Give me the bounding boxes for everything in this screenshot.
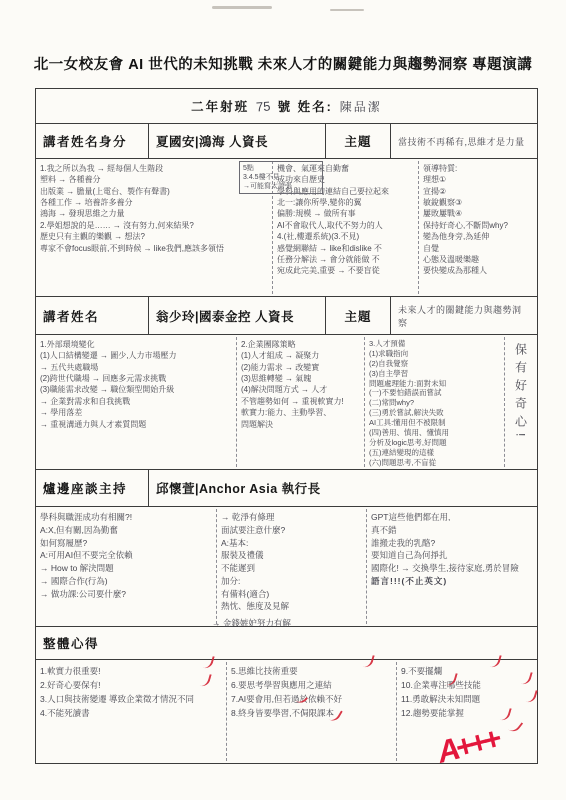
note-line: 敏銳觀察③ [423, 197, 533, 208]
note-line: 理想① [423, 174, 533, 185]
seat-number-handwritten: 75 [256, 98, 271, 114]
notes3-row: 學科與職涯成功有相關?!A:X,但有關,因為勤奮如何寫履歷?A:可用AI但不要完… [36, 506, 537, 626]
footnote-annotation: → 金錢嫉妒努力有解 [212, 617, 291, 629]
notes1-boxed-annotation: 5點3.4.5樓不見→可能寫太誇張 [239, 161, 323, 194]
notes3-column-3: GPT這些他們都在用,真不錯誰搬走我的乳酪?要知道自己為何掙扎國際化! → 交換… [366, 509, 537, 624]
note-line: 1.軟實力很重要! [40, 664, 222, 678]
note-line: 鴻海 → 發現思維之力量 [40, 208, 268, 219]
worksheet-table: 二年射班 75 號 姓名: 陳品潔 講者姓名身分 夏國安|鴻海 人資長 主題 當… [35, 88, 538, 764]
note-line: → 國際合作(行為) [40, 575, 212, 588]
language-emphasis-note: 語言!!!(不止英文) [371, 575, 533, 588]
note-line: (2)能力需求 → 改變實 [241, 362, 360, 373]
note-line: 誰搬走我的乳酪? [371, 537, 533, 550]
note-line: 真不錯 [371, 524, 533, 537]
note-line: 3.4.5樓不見 [243, 173, 319, 182]
note-line: AI工具:懂用但不被限制 [369, 418, 500, 428]
notes2-column-3: 3.人才預備(1)求職指向(2)自我覺察(3)自主學習問題處理能力:面對未知(一… [364, 337, 504, 467]
note-line: (2)跨世代職場 → 回應多元需求挑戰 [40, 373, 232, 384]
note-line: 不能遲到 [221, 562, 362, 575]
note-line: 如何寫履歷? [40, 537, 212, 550]
note-line: 3.人才預備 [369, 339, 500, 349]
note-line: 屢敗屢戰④ [423, 208, 533, 219]
note-line: 心態及溫暖樂趣 [423, 254, 533, 265]
host-row: 爐邊座談主持 邱懷萱|Anchor Asia 執行長 [36, 469, 537, 506]
note-line: 熱忱、態度及見解 [221, 600, 362, 613]
host-name: 邱懷萱|Anchor Asia 執行長 [149, 470, 537, 506]
summary-column-1: 1.軟實力很重要!2.好奇心要保有!3.人口與技術變遷 導致企業徵才情況不同4.… [36, 662, 226, 761]
speaker2-role-label: 講者姓名 [36, 297, 149, 334]
notes3-column-3-lines: GPT這些他們都在用,真不錯誰搬走我的乳酪?要知道自己為何掙扎國際化! → 交換… [371, 511, 533, 575]
note-line: 各種工作 → 培養許多養分 [40, 197, 268, 208]
summary-label: 整體心得 [36, 627, 106, 659]
speaker1-role-label: 講者姓名身分 [36, 124, 149, 158]
note-line: 7.AI要會用,但若過於依賴不好 [231, 692, 392, 706]
note-line: AI不會取代人,取代不努力的人 [277, 220, 414, 231]
note-line: (1)人才組成 → 凝聚力 [241, 350, 360, 361]
note-line: (二)常問why? [369, 398, 500, 408]
notes2-side-column: 保有好奇心! [504, 337, 537, 467]
speaker1-row: 講者姓名身分 夏國安|鴻海 人資長 主題 當技術不再稀有,思維才是力量 [36, 123, 537, 158]
speaker1-topic-label: 主題 [326, 124, 391, 158]
note-line: 不管趨勢如何 → 重視軟實力! [241, 396, 360, 407]
summary-label-row: 整體心得 [36, 626, 537, 659]
note-line: 加分: [221, 575, 362, 588]
note-line: 感覺網聯結 → like和dislike 不 [277, 243, 414, 254]
note-line: (四)善用、慎用、懂慎用 [369, 428, 500, 438]
note-line: → 乾淨有條理 [221, 511, 362, 524]
scanned-lecture-worksheet: { "title": "北一女校友會 AI 世代的未知挑戰 未來人才的關鍵能力與… [0, 0, 566, 800]
notes1-row: 1.我之所以為我 → 經每個人生階段塑料 → 各種養分出版業 → 膽量(上電台、… [36, 158, 537, 296]
note-line: 10.企業專注哪些技能 [401, 678, 533, 692]
summary-column-2: 5.思維比技術重要6.要思考學習與應用之連結7.AI要會用,但若過於依賴不好8.… [226, 662, 396, 761]
note-line: 3.人口與技術變遷 導致企業徵才情況不同 [40, 692, 222, 706]
note-line: 歷史只有主觀的樂觀 → 想法? [40, 231, 268, 242]
note-line: A:可用AI但不要完全依賴 [40, 549, 212, 562]
note-line: (五)連結變現的這樣 [369, 448, 500, 458]
note-line: 1.外部環境變化 [40, 339, 232, 350]
note-line: 8.終身皆要學習,不侷限課本 [231, 706, 392, 720]
notes2-row: 1.外部環境變化(1)人口結構變遷 → 圖少,人力市場壓力→ 五代共處職場(2)… [36, 334, 537, 469]
name-label: 號 姓名: [278, 97, 333, 115]
note-line: 保持好奇心,不斷問why? [423, 220, 533, 231]
note-line: 出版業 → 膽量(上電台、製作有聲書) [40, 186, 268, 197]
notes3-column-1: 學科與職涯成功有相關?!A:X,但有關,因為勤奮如何寫履歷?A:可用AI但不要完… [36, 509, 216, 624]
note-line: 塑料 → 各種養分 [40, 174, 268, 185]
speaker2-topic-handwritten: 未來人才的關鍵能力與趨勢洞察 [391, 297, 537, 334]
note-line: (4)解決問題方式 → 人才 [241, 384, 360, 395]
vertical-margin-note: 保有好奇心! [513, 343, 530, 442]
note-line: 軟實力:能力、主動學習、 [241, 407, 360, 418]
note-line: 9.不要擺爛 [401, 664, 533, 678]
notes1-cell: 1.我之所以為我 → 經每個人生階段塑料 → 各種養分出版業 → 膽量(上電台、… [36, 159, 537, 296]
note-line: 6.要思考學習與應用之連結 [231, 678, 392, 692]
note-line: (3)職能需求改變 → 職位類型開始升級 [40, 384, 232, 395]
note-line: 自覺 [423, 243, 533, 254]
note-line: → How to 解決問題 [40, 562, 212, 575]
notes3-column-2: → 乾淨有條理面試要注意什麼?A:基本:服裝及禮儀不能遲到加分:有備料(適合)熱… [216, 509, 366, 624]
note-line: →可能寫太誇張 [243, 182, 319, 191]
note-line: (3)思維轉變 → 氣魄 [241, 373, 360, 384]
note-line: 宣揚② [423, 186, 533, 197]
note-line: 國際化! → 交換學生,接待家庭,勇於冒險 [371, 562, 533, 575]
scan-artifact [330, 9, 364, 11]
note-line: 4.不能死讀書 [40, 706, 222, 720]
note-line: (三)勇於嘗試,解決失敗 [369, 408, 500, 418]
note-line: → 五代共處職場 [40, 362, 232, 373]
note-line: 面試要注意什麼? [221, 524, 362, 537]
note-line: 有備料(適合) [221, 588, 362, 601]
note-line: 問題處理能力:面對未知 [369, 379, 500, 389]
note-line: 5點 [243, 164, 319, 173]
note-line: 2.企業團隊策略 [241, 339, 360, 350]
speaker2-row: 講者姓名 翁少玲|國泰金控 人資長 主題 未來人才的關鍵能力與趨勢洞察 [36, 296, 537, 334]
notes1-column-3: 領導特質:理想①宣揚②敏銳觀察③屢敗屢戰④保持好奇心,不斷問why?變為他身旁,… [418, 161, 537, 294]
notes2-column-2: 2.企業團隊策略(1)人才組成 → 凝聚力(2)能力需求 → 改變實(3)思維轉… [236, 337, 364, 467]
scan-artifact [212, 6, 272, 9]
notes1-column-1: 1.我之所以為我 → 經每個人生階段塑料 → 各種養分出版業 → 膽量(上電台、… [36, 161, 272, 294]
note-line: 宛成此完美,重要 → 不要盲從 [277, 265, 414, 276]
note-line: 4.(社,樓遷系統)(3.不見) [277, 231, 414, 242]
note-line: 11.勇敢解決未知問題 [401, 692, 533, 706]
notes2-cell: 1.外部環境變化(1)人口結構變遷 → 圖少,人力市場壓力→ 五代共處職場(2)… [36, 335, 537, 469]
note-line: (3)自主學習 [369, 369, 500, 379]
note-line: → 企業對需求和自我挑戰 [40, 396, 232, 407]
note-line: 任務分解法 → 會分就能做 不 [277, 254, 414, 265]
student-name-handwritten: 陳品潔 [340, 98, 382, 115]
note-line: A:X,但有關,因為勤奮 [40, 524, 212, 537]
note-line: (六)問題思考,不盲從 [369, 458, 500, 467]
speaker1-name: 夏國安|鴻海 人資長 [149, 124, 326, 158]
note-line: 要快變成為那種人 [423, 265, 533, 276]
speaker1-topic-handwritten: 當技術不再稀有,思維才是力量 [391, 124, 537, 158]
note-line: 學科與職涯成功有相關?! [40, 511, 212, 524]
note-line: → 做功課:公司要什麼? [40, 588, 212, 601]
note-line: 領導特質: [423, 163, 533, 174]
note-line: 專家不會focus眼前,不到時候 → like我們,應該多領悟 [40, 243, 268, 254]
host-role-label: 爐邊座談主持 [36, 470, 149, 506]
note-line: → 重視溝通力與人才素質問題 [40, 419, 232, 430]
class-label: 二年射班 [191, 97, 249, 115]
note-line: 2.學姐想說的是…… → 沒有努力,何來結果? [40, 220, 268, 231]
note-line: 分析及logic思考,好問題 [369, 438, 500, 448]
note-line: (2)自我覺察 [369, 359, 500, 369]
note-line: 北一:讓你所學,變你的翼 [277, 197, 414, 208]
speaker2-topic-label: 主題 [326, 297, 391, 334]
note-line: 變為他身旁,為延伸 [423, 231, 533, 242]
notes3-cell: 學科與職涯成功有相關?!A:X,但有關,因為勤奮如何寫履歷?A:可用AI但不要完… [36, 507, 537, 626]
page-title: 北一女校友會 AI 世代的未知挑戰 未來人才的關鍵能力與趨勢洞察 專題演講 [0, 53, 566, 74]
class-info-cell: 二年射班 75 號 姓名: 陳品潔 [36, 89, 537, 123]
note-line: A:基本: [221, 537, 362, 550]
note-line: (一)不要怕錯誤而嘗試 [369, 388, 500, 398]
speaker2-name: 翁少玲|國泰金控 人資長 [149, 297, 326, 334]
note-line: → 學用落差 [40, 407, 232, 418]
note-line: 1.我之所以為我 → 經每個人生階段 [40, 163, 268, 174]
class-info-row: 二年射班 75 號 姓名: 陳品潔 [36, 89, 537, 123]
note-line: 偏勝:規模 → 做所有事 [277, 208, 414, 219]
note-line: 問題解決 [241, 419, 360, 430]
note-line: 服裝及禮儀 [221, 549, 362, 562]
note-line: (1)求職指向 [369, 349, 500, 359]
note-line: 2.好奇心要保有! [40, 678, 222, 692]
note-line: GPT這些他們都在用, [371, 511, 533, 524]
note-line: (1)人口結構變遷 → 圖少,人力市場壓力 [40, 350, 232, 361]
note-line: 要知道自己為何掙扎 [371, 549, 533, 562]
notes2-column-1: 1.外部環境變化(1)人口結構變遷 → 圖少,人力市場壓力→ 五代共處職場(2)… [36, 337, 236, 467]
